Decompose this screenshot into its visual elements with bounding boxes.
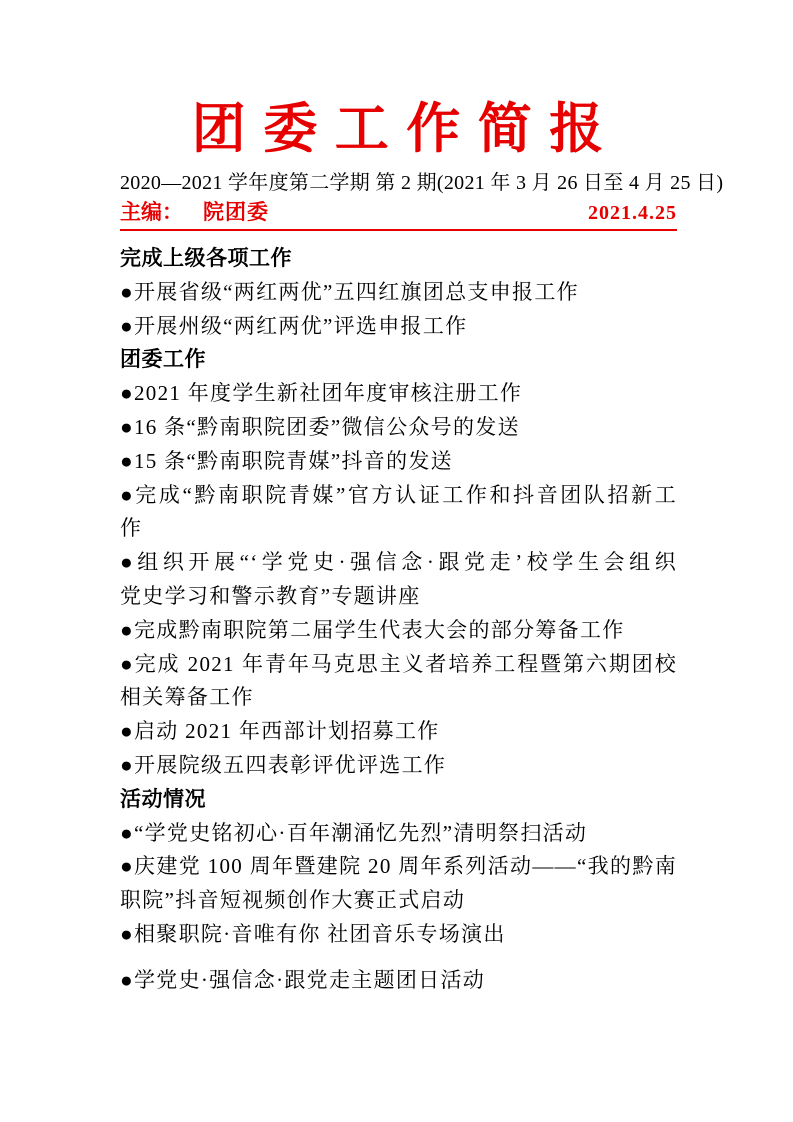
bulletin-item: ●2021 年度学生新社团年度审核注册工作 — [120, 377, 677, 411]
bulletin-line-continuation: 相关筹备工作 — [120, 681, 677, 715]
bulletin-item: ●“学党史铭初心·百年潮涌忆先烈”清明祭扫活动 — [120, 817, 677, 851]
section-heading: 活动情况 — [120, 783, 677, 817]
editor-label: 主编： — [120, 199, 183, 225]
issue-line: 2020—2021 学年度第二学期 第 2 期(2021 年 3 月 26 日至… — [120, 171, 677, 196]
bulletin-item: ●组织开展“‘学党史·强信念·跟党走’校学生会组织 — [120, 546, 677, 580]
bulletin-item: ●完成“黔南职院青媒”官方认证工作和抖音团队招新工 — [120, 479, 677, 513]
bulletin-item: ●开展院级五四表彰评优评选工作 — [120, 749, 677, 783]
bulletin-line-continuation: 党史学习和警示教育”专题讲座 — [120, 580, 677, 614]
bulletin-item: ●完成 2021 年青年马克思主义者培养工程暨第六期团校的 — [120, 648, 677, 682]
bulletin-body: 完成上级各项工作●开展省级“两红两优”五四红旗团总支申报工作●开展州级“两红两优… — [120, 242, 677, 998]
bulletin-item: ●启动 2021 年西部计划招募工作 — [120, 715, 677, 749]
bulletin-item: ●庆建党 100 周年暨建院 20 周年系列活动——“我的黔南 — [120, 850, 677, 884]
bulletin-item: ●完成黔南职院第二届学生代表大会的部分筹备工作 — [120, 614, 677, 648]
document-title: 团 委 工 作 简 报 — [120, 98, 677, 160]
bulletin-line-continuation: 职院”抖音短视频创作大赛正式启动 — [120, 884, 677, 918]
bulletin-line-continuation: 作 — [120, 512, 677, 546]
bulletin-item: ●相聚职院·音唯有你 社团音乐专场演出 — [120, 918, 677, 952]
issue-date: 2021.4.25 — [588, 200, 677, 226]
bulletin-item: ●开展州级“两红两优”评选申报工作 — [120, 310, 677, 344]
document-page: 团 委 工 作 简 报 2020—2021 学年度第二学期 第 2 期(2021… — [0, 0, 793, 1122]
blank-line — [120, 952, 677, 964]
editor-row: 主编： 院团委 2021.4.25 — [120, 199, 677, 231]
bulletin-item: ●16 条“黔南职院团委”微信公众号的发送 — [120, 411, 677, 445]
bulletin-item: ●学党史·强信念·跟党走主题团日活动 — [120, 964, 677, 998]
editor-left: 主编： 院团委 — [120, 199, 269, 225]
bulletin-item: ●15 条“黔南职院青媒”抖音的发送 — [120, 445, 677, 479]
section-heading: 完成上级各项工作 — [120, 242, 677, 276]
bulletin-item: ●开展省级“两红两优”五四红旗团总支申报工作 — [120, 276, 677, 310]
section-heading: 团委工作 — [120, 343, 677, 377]
editor-name: 院团委 — [203, 199, 269, 225]
